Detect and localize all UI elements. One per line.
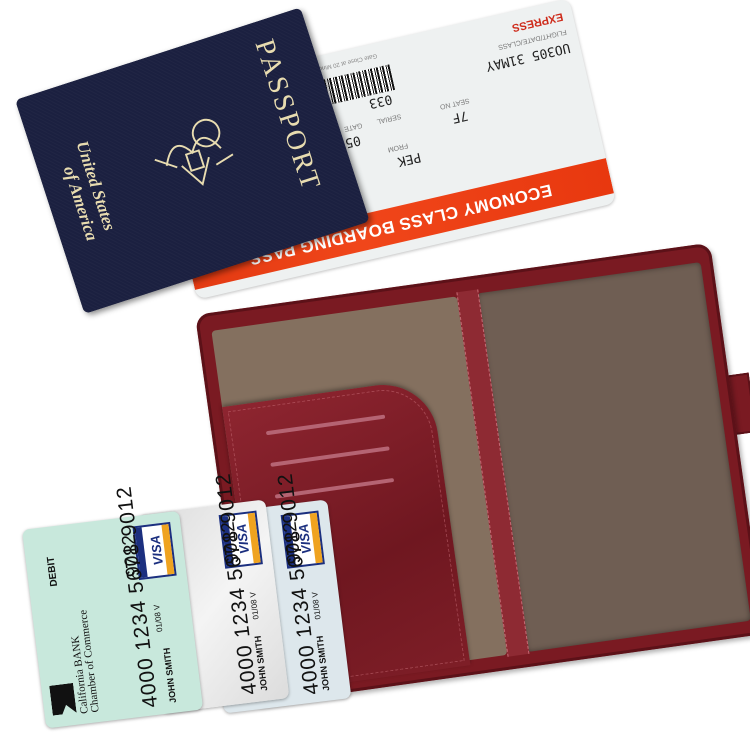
card-expiry: 01/08 V: [152, 604, 164, 632]
from-value: PEK: [396, 149, 422, 169]
card-holder: JOHN SMITH: [162, 647, 178, 703]
seat-value: 7F: [451, 107, 470, 125]
card-number: 4000 1234 5678 9012: [112, 484, 163, 709]
map-icon: [49, 683, 76, 716]
card-slot: [266, 415, 385, 436]
credit-card: VISA DEBIT 9012 4000 1234 5678 9012 01/0…: [22, 511, 203, 729]
eagle-seal-icon: [134, 97, 254, 217]
passport-title: PASSPORT: [248, 36, 327, 196]
serial-label: SERIAL: [376, 112, 402, 124]
card-slot: [270, 446, 389, 467]
gate-value: 05: [343, 132, 362, 150]
gate-label: GATE: [343, 121, 363, 132]
card-type: DEBIT: [46, 556, 61, 587]
